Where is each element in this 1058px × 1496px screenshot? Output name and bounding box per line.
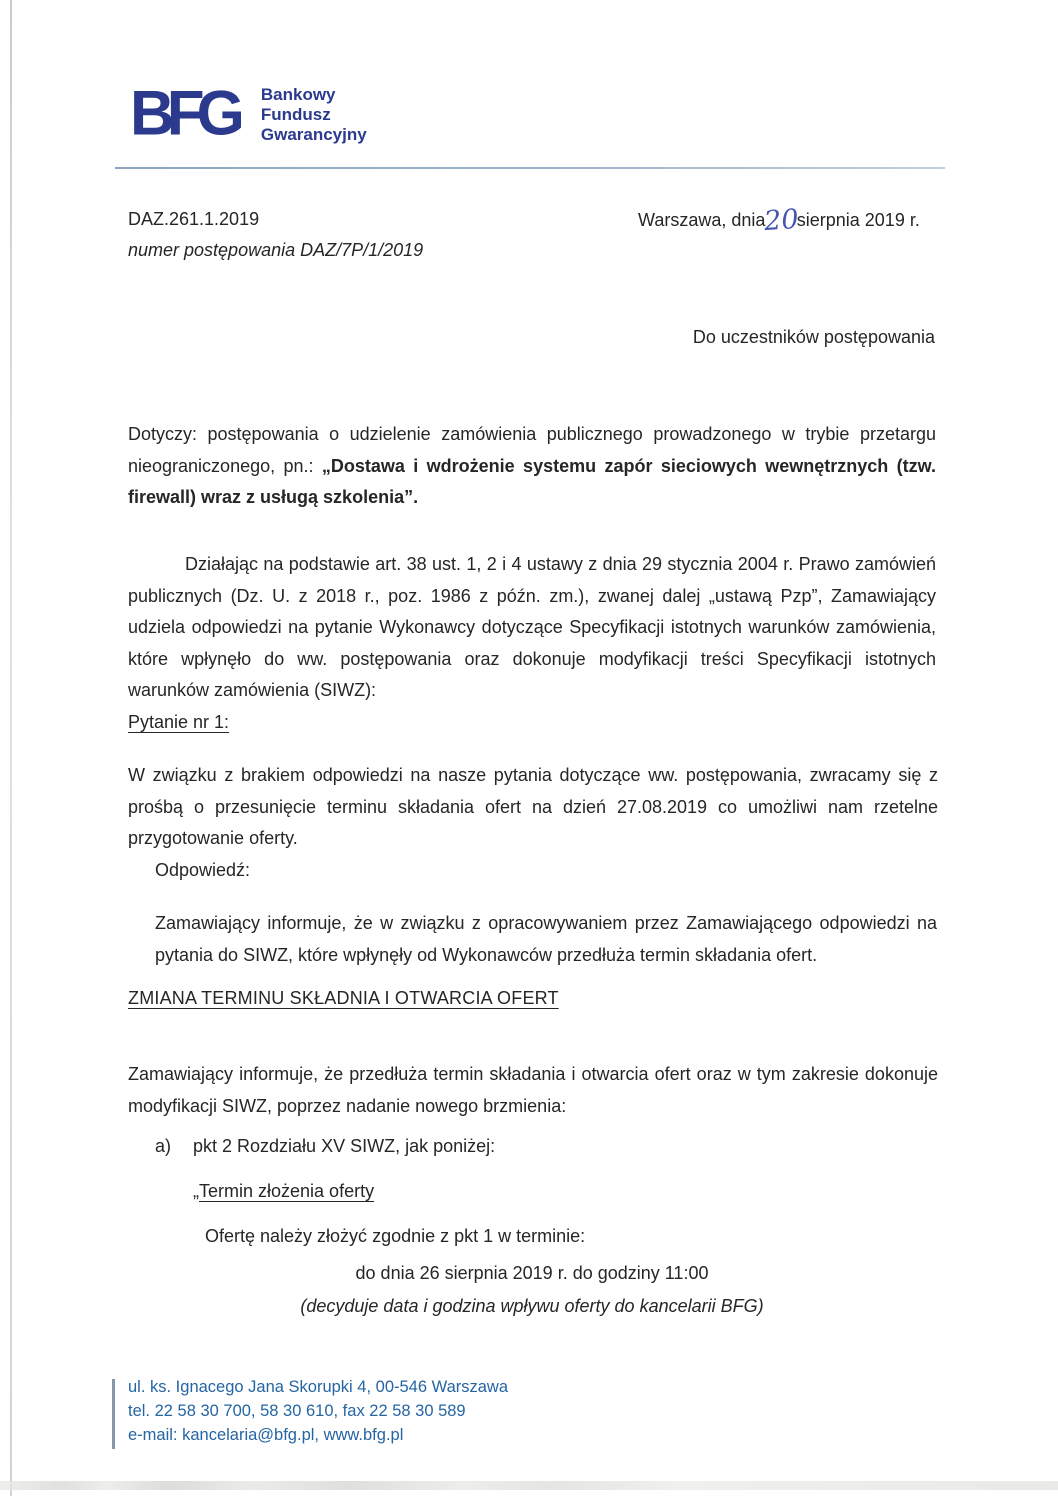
deadline-line: do dnia 26 sierpnia 2019 r. do godziny 1… xyxy=(128,1263,936,1284)
document-page: BFG Bankowy Fundusz Gwarancyjny DAZ.261.… xyxy=(0,0,1058,1496)
change-of-deadline-heading: ZMIANA TERMINU SKŁADNIA I OTWARCIA OFERT xyxy=(128,988,559,1009)
footer-address-line: ul. ks. Ignacego Jana Skorupki 4, 00-546… xyxy=(128,1375,508,1399)
logo-line-3: Gwarancyjny xyxy=(261,125,367,145)
letterhead-divider xyxy=(115,167,945,169)
question-heading: Pytanie nr 1: xyxy=(128,712,229,733)
offer-instruction-line: Ofertę należy złożyć zgodnie z pkt 1 w t… xyxy=(205,1226,585,1247)
footer-accent-bar xyxy=(112,1379,115,1449)
addressee-line: Do uczestników postępowania xyxy=(693,327,935,348)
reference-number: DAZ.261.1.2019 xyxy=(128,204,423,235)
answer-heading: Odpowiedź: xyxy=(155,860,250,881)
bfg-logo-text: Bankowy Fundusz Gwarancyjny xyxy=(261,85,367,145)
scan-bottom-artifact xyxy=(0,1481,1058,1490)
quoted-section-title: „Termin złożenia oferty xyxy=(193,1181,374,1202)
dateline-prefix: Warszawa, dnia xyxy=(638,210,765,230)
footer-contact-block: ul. ks. Ignacego Jana Skorupki 4, 00-546… xyxy=(128,1375,508,1447)
list-item-text: pkt 2 Rozdziału XV SIWZ, jak poniżej: xyxy=(193,1136,495,1156)
footer-phone-line: tel. 22 58 30 700, 58 30 610, fax 22 58 … xyxy=(128,1399,508,1423)
logo-line-1: Bankowy xyxy=(261,85,367,105)
bfg-logo-mark: BFG xyxy=(130,81,245,146)
change-of-deadline-paragraph: Zamawiający informuje, że przedłuża term… xyxy=(128,1059,938,1122)
answer-body: Zamawiający informuje, że w związku z op… xyxy=(155,908,937,971)
quoted-title-text: Termin złożenia oferty xyxy=(199,1181,374,1201)
list-item-marker: a) xyxy=(155,1136,193,1157)
list-item-a: a)pkt 2 Rozdziału XV SIWZ, jak poniżej: xyxy=(155,1136,495,1157)
footer: ul. ks. Ignacego Jana Skorupki 4, 00-546… xyxy=(112,1375,508,1447)
logo-line-2: Fundusz xyxy=(261,105,367,125)
dateline: Warszawa, dnia20sierpnia 2019 r. xyxy=(638,209,920,231)
handwritten-day: 20 xyxy=(764,211,800,231)
dateline-suffix: sierpnia 2019 r. xyxy=(797,210,920,230)
letterhead: BFG Bankowy Fundusz Gwarancyjny xyxy=(130,82,367,146)
footer-email-line: e-mail: kancelaria@bfg.pl, www.bfg.pl xyxy=(128,1423,508,1447)
deadline-note: (decyduje data i godzina wpływu oferty d… xyxy=(128,1296,936,1317)
subject-paragraph: Dotyczy: postępowania o udzielenie zamów… xyxy=(128,419,936,514)
scan-edge-artifact xyxy=(10,0,12,1496)
question-body: W związku z brakiem odpowiedzi na nasze … xyxy=(128,760,938,855)
case-number-line: numer postępowania DAZ/7P/1/2019 xyxy=(128,235,423,266)
reference-block: DAZ.261.1.2019 numer postępowania DAZ/7P… xyxy=(128,204,423,266)
legal-basis-paragraph: Działając na podstawie art. 38 ust. 1, 2… xyxy=(128,549,936,707)
